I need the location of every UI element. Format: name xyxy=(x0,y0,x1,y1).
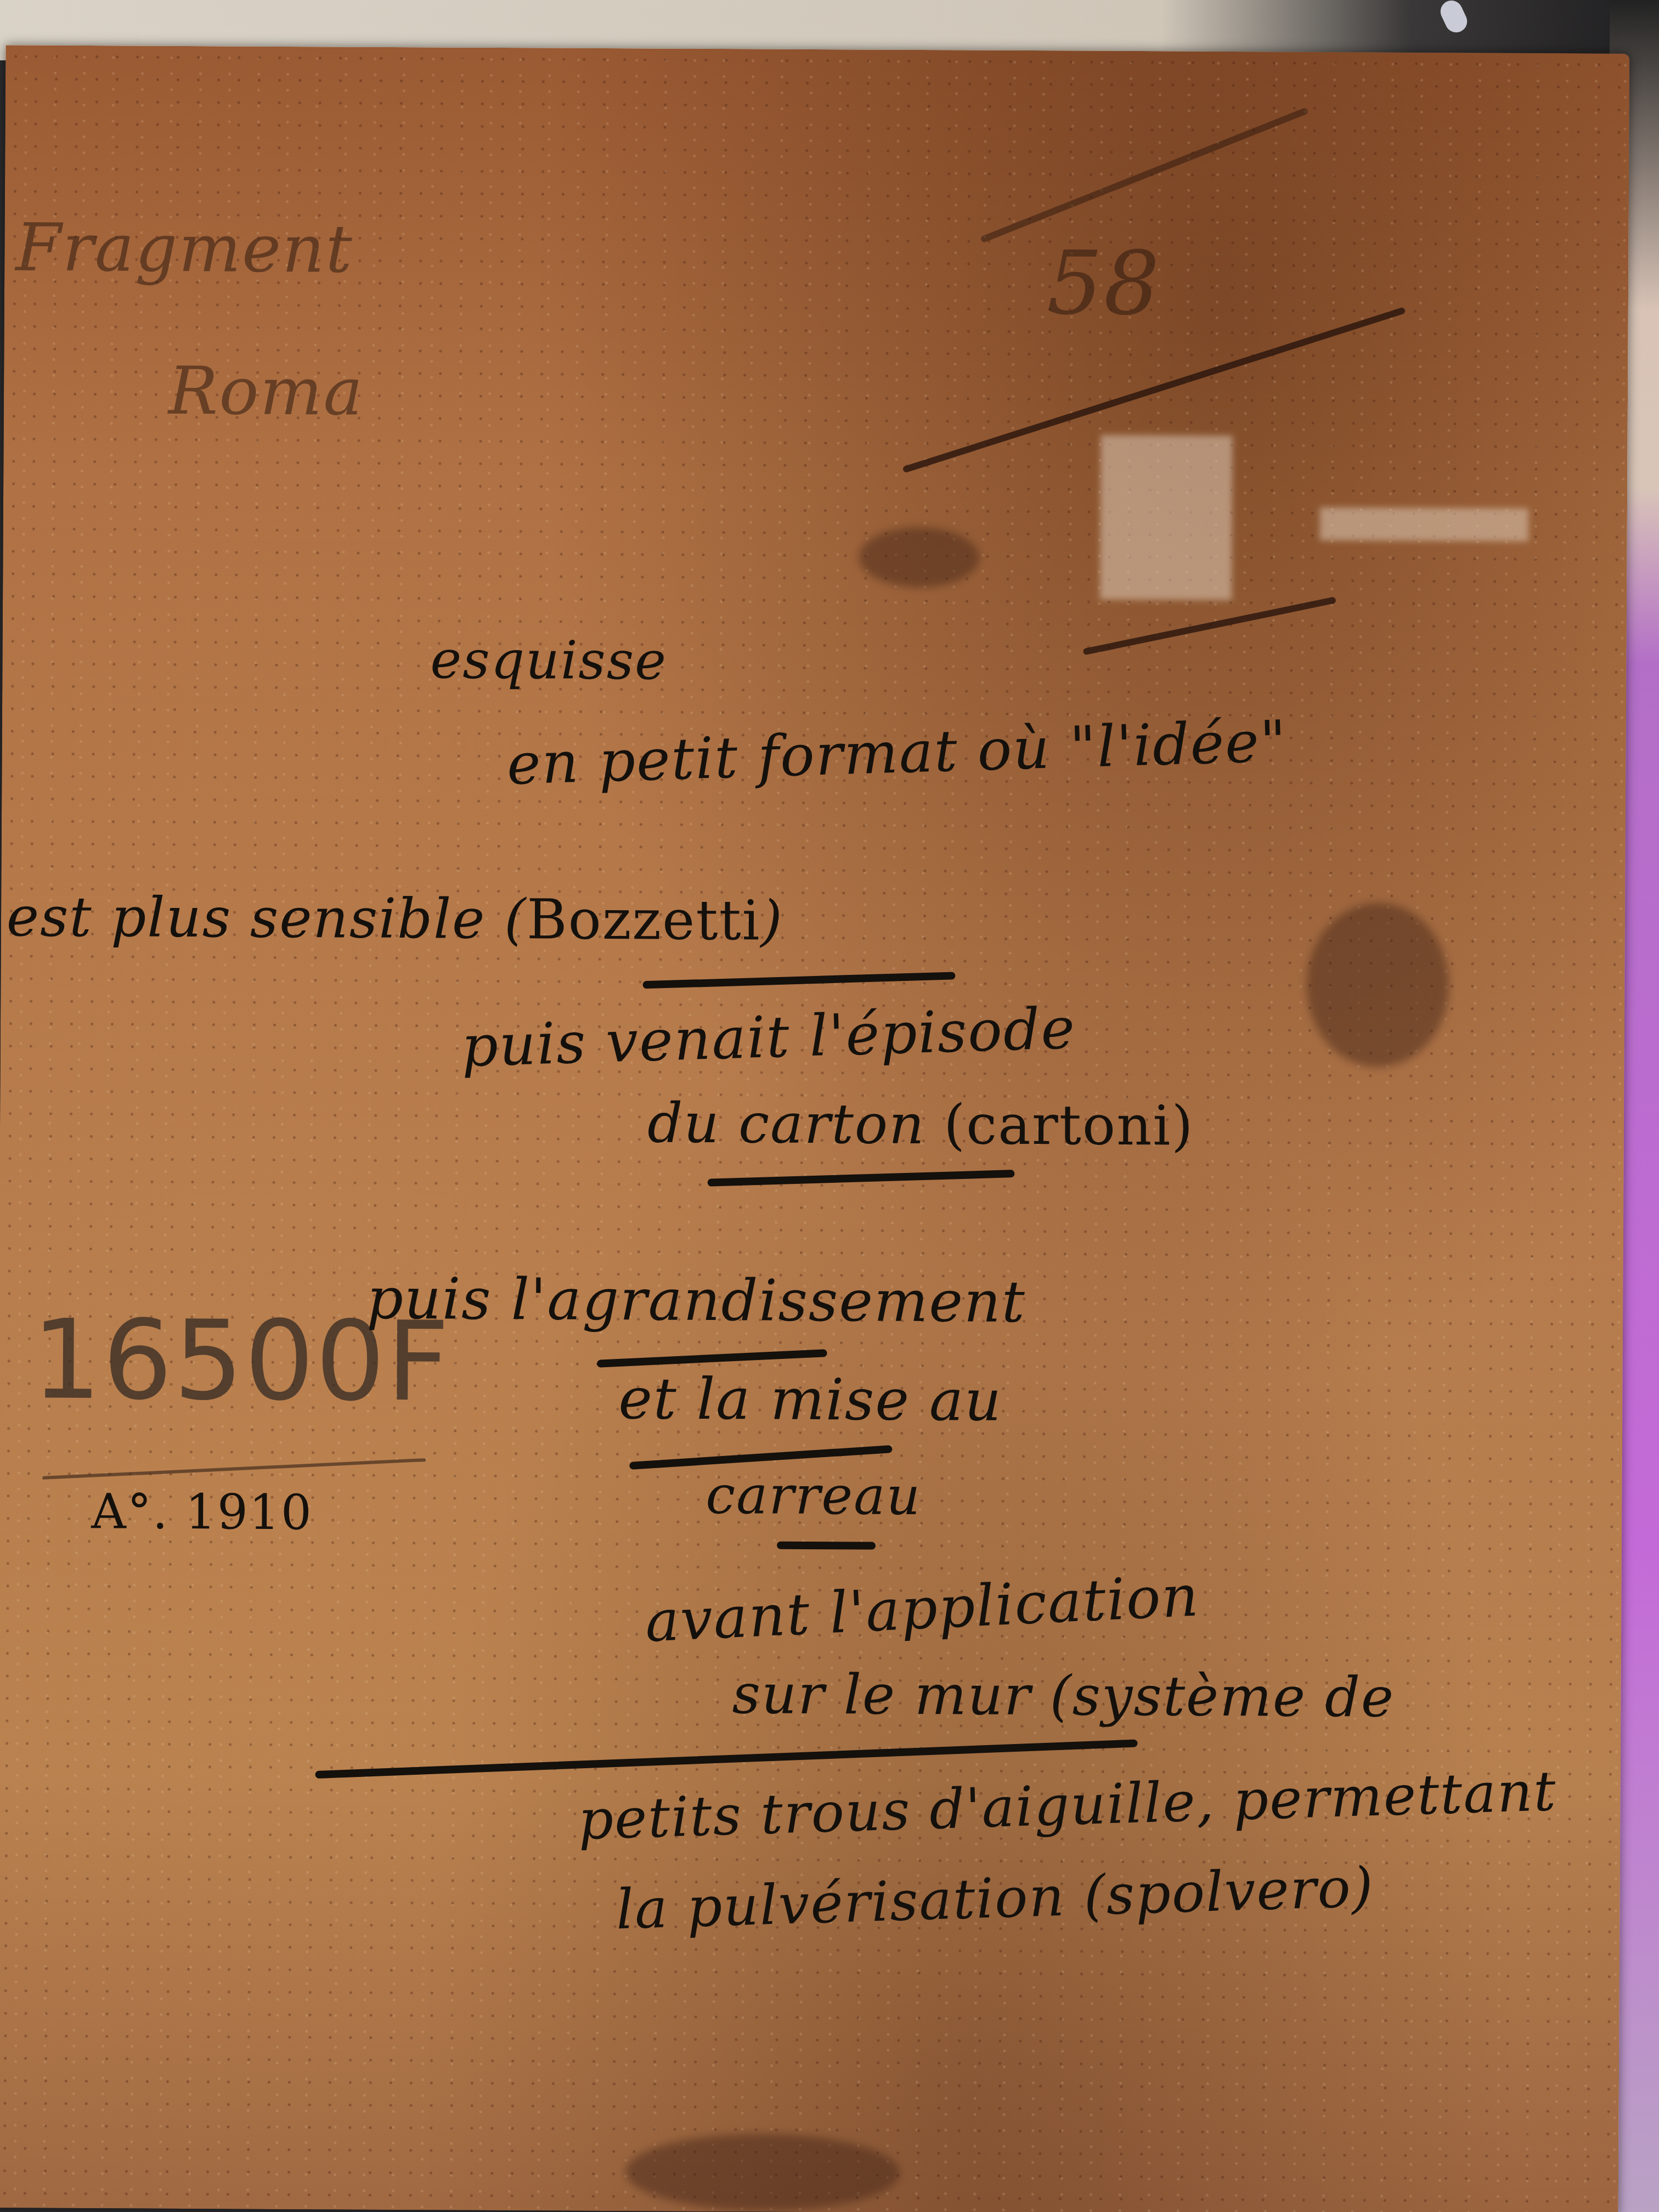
text-segment: est plus sensible ( xyxy=(7,884,527,951)
text-line-7: et la mise au xyxy=(618,1365,1002,1434)
underlined-term-du-carton: du carton xyxy=(647,1091,926,1156)
text-line-8: carreau xyxy=(706,1464,921,1527)
text-line-3: est plus sensible (Bozzetti) xyxy=(7,884,783,952)
underlined-term-bozzetti: Bozzetti xyxy=(527,887,761,952)
title-fragment: Fragment xyxy=(15,210,353,287)
text-line-10: sur le mur (système de xyxy=(732,1662,1395,1729)
text-line-6: puis l'agrandissement xyxy=(366,1265,1026,1335)
text-segment: (système de xyxy=(1031,1663,1395,1729)
price-year: A°. 1910 xyxy=(91,1483,313,1541)
underline-carreau xyxy=(777,1542,876,1550)
ink-stain xyxy=(859,527,980,588)
paper-scuff xyxy=(1100,435,1233,600)
paper-scuff xyxy=(1320,507,1528,541)
place-roma: Roma xyxy=(168,353,364,431)
text-line-5: du carton (cartoni) xyxy=(647,1091,1194,1158)
text-line-1: esquisse xyxy=(430,629,667,691)
cardboard-sheet: 58 Fragment Roma 16500F A°. 1910 esquiss… xyxy=(0,45,1629,2212)
underlined-term-et-la: et la xyxy=(618,1365,751,1432)
ink-stain xyxy=(1306,902,1450,1068)
text-segment: puis xyxy=(366,1265,511,1333)
underlined-term-agrandissement: l'agrandissement xyxy=(511,1266,1026,1335)
text-segment: ) xyxy=(760,889,783,953)
text-segment: (cartoni) xyxy=(925,1092,1194,1158)
faded-number: 58 xyxy=(1047,232,1161,335)
underlined-term-sur-le-mur: sur le mur xyxy=(732,1662,1031,1728)
text-segment: mise au xyxy=(751,1365,1003,1434)
